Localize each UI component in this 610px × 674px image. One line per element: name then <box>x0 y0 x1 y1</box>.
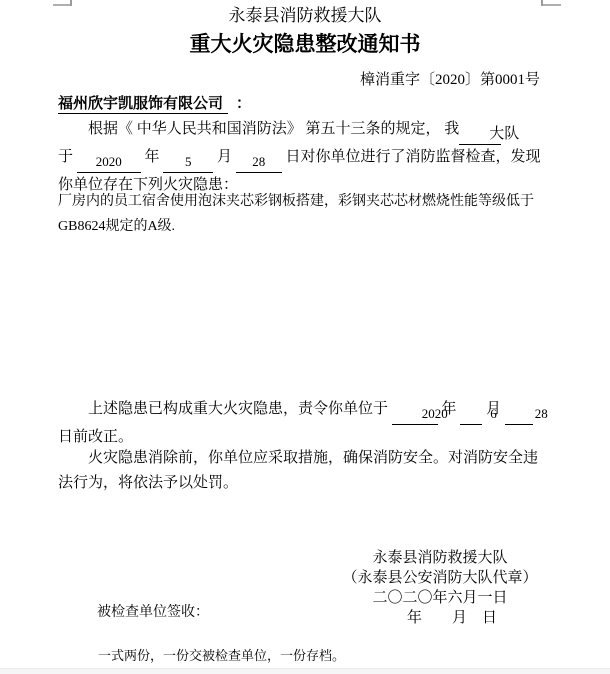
para3-line1: 火灾隐患消除前，你单位应采取措施，确保消防安全。对消防安全违 <box>58 446 550 471</box>
para2-line1-text: 上述隐患已构成重大火灾隐患，责令你单位于 <box>88 401 388 417</box>
month-blank-field: 5 <box>163 152 213 173</box>
para1-line2: 于 2020 年 5 月 28 日对你单位进行了消防监督检查，发现 <box>58 145 550 173</box>
deadline-year-label: 年 <box>442 401 457 417</box>
month-label: 月 <box>217 149 232 165</box>
doc-title: 重大火灾隐患整改通知书 <box>0 32 610 56</box>
day-blank-field: 28 <box>236 152 282 173</box>
year-blank-field: 2020 <box>77 152 141 173</box>
year-label: 年 <box>145 149 160 165</box>
hazard-description: 厂房内的员工宿舍使用泡沫夹芯彩钢板搭建，彩钢夹芯芯材燃烧性能等级低于 GB862… <box>58 189 550 239</box>
deadline-month-blank-field: 6 <box>460 404 482 425</box>
para3-line2: 法行为，将依法予以处罚。 <box>58 471 550 496</box>
signature-blank-date: 年 月 日 <box>340 608 540 628</box>
para1-line1: 根据《 中华人民共和国消防法》 第五十三条的规定， 我大队 <box>58 117 550 145</box>
document-page: 永泰县消防救援大队 重大火灾隐患整改通知书 樟消重字〔2020〕第0001号 福… <box>0 0 610 674</box>
unit-blank-value: 大队 <box>489 126 519 142</box>
hazard-line2: GB8624规定的A级. <box>58 214 550 239</box>
receipt-signature-label: 被检查单位签收： <box>97 604 209 621</box>
deadline-month-label: 月 <box>486 401 501 417</box>
signature-block: 永泰县消防救援大队 （永泰县公安消防大队代章） 二〇二〇年六月一日 年 月 日 <box>340 548 540 628</box>
hazard-line1: 厂房内的员工宿舍使用泡沫夹芯彩钢板搭建，彩钢夹芯芯材燃烧性能等级低于 <box>58 189 550 214</box>
org-header: 永泰县消防救援大队 <box>0 6 610 25</box>
signature-seal-note: （永泰县公安消防大队代章） <box>340 568 540 588</box>
para2-line1: 上述隐患已构成重大火灾隐患，责令你单位于 2020 年 6 月 28 <box>58 397 550 425</box>
signature-org: 永泰县消防救援大队 <box>340 548 540 568</box>
month-blank-value: 5 <box>185 154 192 169</box>
deadline-year-blank-field: 2020 <box>392 404 438 425</box>
para1-line2-rest: 日对你单位进行了消防监督检查，发现 <box>286 149 541 165</box>
distribution-note: 一式两份，一份交被检查单位，一份存档。 <box>98 648 345 664</box>
doc-number: 樟消重字〔2020〕第0001号 <box>360 71 540 89</box>
day-blank-value: 28 <box>252 154 265 169</box>
bottom-edge-strip <box>0 668 610 674</box>
year-blank-value: 2020 <box>96 154 122 169</box>
paragraph-inspection-basis: 根据《 中华人民共和国消防法》 第五十三条的规定， 我大队 于 2020 年 5… <box>58 117 550 198</box>
paragraph-rectification-order: 上述隐患已构成重大火灾隐患，责令你单位于 2020 年 6 月 28 日前改正。 <box>58 397 550 450</box>
deadline-day-blank-field: 28 <box>505 404 533 425</box>
addressee-line: 福州欣宇凯服饰有限公司： <box>58 95 251 114</box>
addressee-name: 福州欣宇凯服饰有限公司 <box>58 96 228 114</box>
paragraph-safety-warning: 火灾隐患消除前，你单位应采取措施，确保消防安全。对消防安全违 法行为，将依法予以… <box>58 446 550 496</box>
addressee-colon: ： <box>236 96 251 112</box>
unit-blank-field: 大队 <box>459 124 501 145</box>
para1-line1-text: 根据《 中华人民共和国消防法》 第五十三条的规定， 我 <box>88 121 459 137</box>
deadline-day-value: 28 <box>535 406 548 421</box>
signature-date: 二〇二〇年六月一日 <box>340 588 540 608</box>
date-prefix: 于 <box>58 149 73 165</box>
